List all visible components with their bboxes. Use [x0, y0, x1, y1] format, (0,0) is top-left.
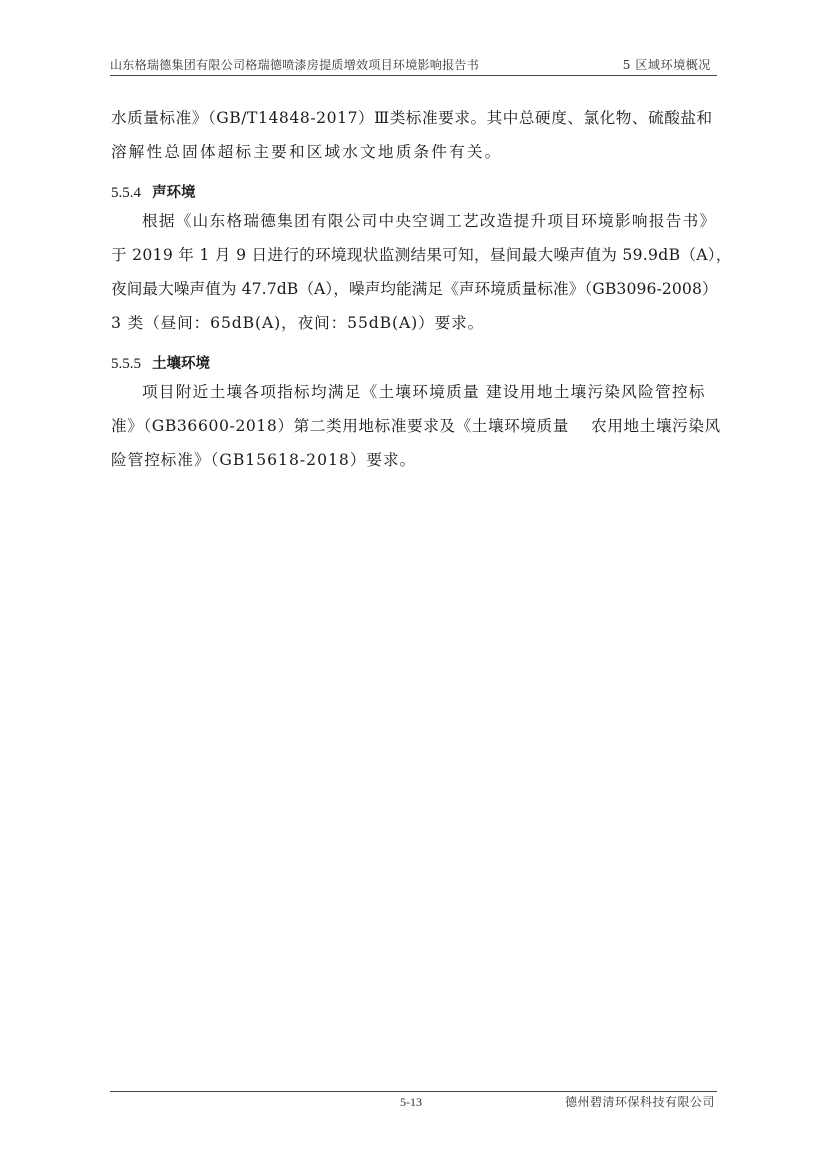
- chapter-title: 5 区域环境概况: [623, 57, 711, 73]
- section-heading-5-5-4: 5.5.4 声环境: [111, 183, 711, 203]
- text-line: 3 类（昼间：65dB(A)，夜间：55dB(A)）要求。: [111, 306, 711, 340]
- text-line: 准》（GB36600-2018）第二类用地标准要求及《土壤环境质量 农用地土壤污…: [111, 409, 711, 443]
- noise-paragraph: 根据《山东格瑞德集团有限公司中央空调工艺改造提升项目环境影响报告书》 于 201…: [111, 204, 711, 340]
- section-number: 5.5.5: [111, 356, 141, 372]
- text-line: 溶解性总固体超标主要和区域水文地质条件有关。: [111, 135, 711, 169]
- text-line: 险管控标准》（GB15618-2018）要求。: [111, 443, 711, 477]
- company-name: 德州碧清环保科技有限公司: [565, 1094, 715, 1110]
- section-title: 声环境: [152, 185, 196, 201]
- soil-paragraph: 项目附近土壤各项指标均满足《土壤环境质量 建设用地土壤污染风险管控标 准》（GB…: [111, 375, 711, 477]
- section-number: 5.5.4: [111, 185, 141, 201]
- page-footer: 5-13 德州碧清环保科技有限公司: [110, 1094, 717, 1112]
- page-header: 山东格瑞德集团有限公司格瑞德喷漆房提质增效项目环境影响报告书 5 区域环境概况: [110, 57, 717, 75]
- text-line: 项目附近土壤各项指标均满足《土壤环境质量 建设用地土壤污染风险管控标: [111, 375, 711, 409]
- section-title: 土壤环境: [152, 356, 210, 372]
- text-line: 水质量标准》（GB/T14848-2017）Ⅲ类标准要求。其中总硬度、氯化物、硫…: [111, 101, 711, 135]
- text-line: 于 2019 年 1 月 9 日进行的环境现状监测结果可知，昼间最大噪声值为 5…: [111, 238, 711, 272]
- footer-divider: [110, 1091, 717, 1092]
- header-divider: [110, 75, 717, 76]
- section-heading-5-5-5: 5.5.5 土壤环境: [111, 354, 711, 374]
- document-title: 山东格瑞德集团有限公司格瑞德喷漆房提质增效项目环境影响报告书: [110, 57, 479, 73]
- page-number: 5-13: [400, 1094, 422, 1110]
- text-line: 夜间最大噪声值为 47.7dB（A），噪声均能满足《声环境质量标准》（GB309…: [111, 272, 711, 306]
- continuation-paragraph: 水质量标准》（GB/T14848-2017）Ⅲ类标准要求。其中总硬度、氯化物、硫…: [111, 101, 711, 169]
- page-content: 水质量标准》（GB/T14848-2017）Ⅲ类标准要求。其中总硬度、氯化物、硫…: [111, 101, 711, 477]
- text-line: 根据《山东格瑞德集团有限公司中央空调工艺改造提升项目环境影响报告书》: [111, 204, 711, 238]
